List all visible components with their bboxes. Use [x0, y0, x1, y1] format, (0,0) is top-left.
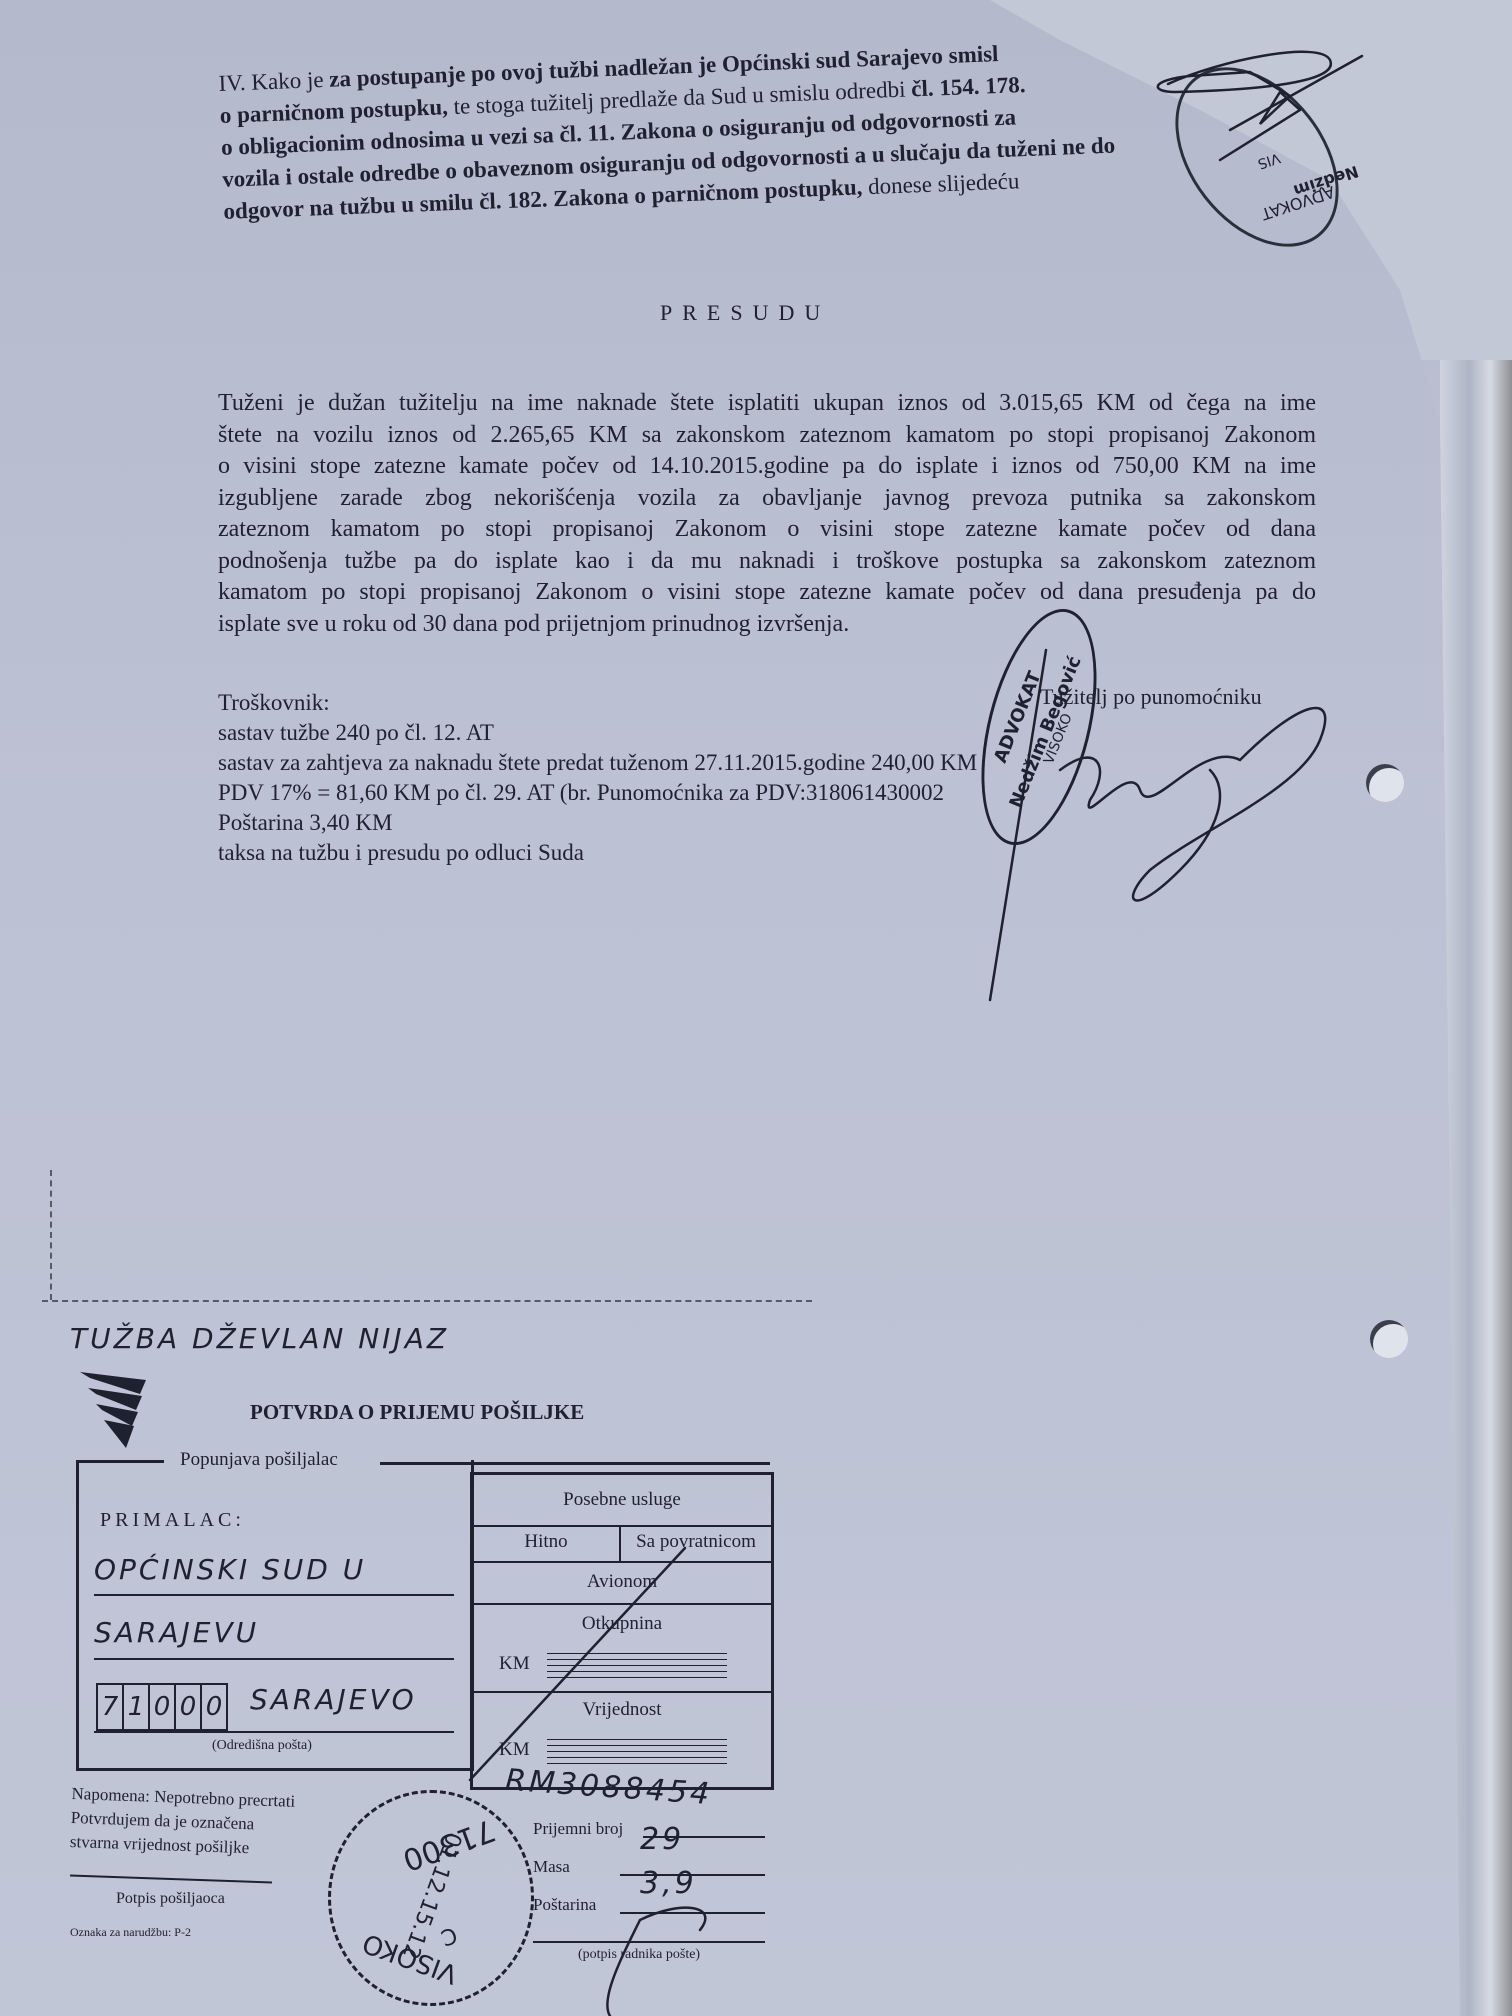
receipt-title: POTVRDA O PRIJEMU POŠILJKE — [250, 1400, 584, 1425]
verdict-line: kamatom po stopi propisanoj Zakonom o vi… — [218, 577, 1316, 609]
punch-hole — [1366, 764, 1404, 802]
verdict-line: o visini stope zatezne kamate počev od 1… — [218, 451, 1316, 483]
urgent-option: Hitno — [473, 1531, 619, 1553]
destination-post-label: (Odredišna pošta) — [212, 1738, 312, 1754]
postal-code-digit: 0 — [176, 1685, 202, 1729]
write-line — [94, 1594, 454, 1596]
mass-label: Masa — [533, 1848, 623, 1886]
punch-hole — [1370, 1320, 1408, 1358]
handwritten-mass: 29 — [640, 1822, 684, 1857]
postal-code-digit: 7 — [98, 1685, 124, 1729]
sender-signature-label: Potpis pošiljaoca — [116, 1890, 225, 1908]
value-label: Vrijednost — [473, 1699, 771, 1721]
air-option: Avionom — [473, 1571, 771, 1593]
sender-signature-line — [70, 1874, 272, 1883]
return-receipt-option: Sa povratnicom — [621, 1531, 771, 1553]
verdict-line: Tuženi je dužan tužitelju na ime naknade… — [218, 388, 1316, 420]
cost-line: PDV 17% = 81,60 KM po čl. 29. AT (br. Pu… — [218, 778, 977, 808]
write-line — [94, 1731, 454, 1733]
cost-line: Troškovnik: — [218, 688, 977, 718]
special-services-box: Posebne usluge Hitno Sa povratnicom Avio… — [470, 1472, 774, 1790]
receipt-number-label: Prijemni broj — [533, 1810, 623, 1848]
recipient-label: PRIMALAC: — [100, 1509, 245, 1532]
cost-line: sastav tužbe 240 po čl. 12. AT — [218, 718, 977, 748]
worker-signature-label: (potpis radnika pošte) — [578, 1947, 700, 1963]
cod-currency: KM — [499, 1653, 530, 1675]
recipient-city: SARAJEVO — [250, 1683, 417, 1716]
order-mark: Oznaka za narudžbu: P-2 — [70, 1925, 191, 1940]
postal-code-boxes: 71000 — [96, 1683, 228, 1731]
recipient-line-1: OPĆINSKI SUD U — [94, 1553, 366, 1586]
cost-line: sastav za zahtjeva za naknadu štete pred… — [218, 748, 977, 778]
postage-line — [620, 1912, 765, 1914]
verdict-line: štete na vozilu iznos od 2.265,65 KM sa … — [218, 420, 1316, 452]
postmark-stamp: 71300 01.12.15.12 C VISOKO — [328, 1790, 534, 2006]
verdict-line: isplate sve u roku od 30 dana pod prijet… — [218, 609, 1316, 641]
recipient-line-2: SARAJEVU — [94, 1616, 259, 1649]
post-fields: Prijemni broj Masa Poštarina — [533, 1810, 623, 1924]
cod-amount-lines — [547, 1653, 727, 1683]
cost-list: Troškovnik:sastav tužbe 240 po čl. 12. A… — [218, 688, 977, 868]
postal-code-digit: 1 — [124, 1685, 150, 1729]
section-iv-paragraph: IV. Kako je za postupanje po ovoj tužbi … — [218, 34, 1117, 228]
value-amount-lines — [547, 1739, 727, 1769]
handwritten-postage: 3,9 — [640, 1866, 697, 1901]
note-text: Napomena: Nepotrebno precrtatiPotvrdujem… — [69, 1782, 295, 1862]
verdict-line: podnošenja tužbe pa do isplate kao i da … — [218, 546, 1316, 578]
post-logo-icon — [80, 1368, 150, 1448]
verdict-title: PRESUDU — [660, 300, 830, 326]
verdict-paragraph: Tuženi je dužan tužitelju na ime naknade… — [218, 388, 1316, 640]
postal-code-digit: 0 — [202, 1685, 226, 1729]
postal-code-digit: 0 — [150, 1685, 176, 1729]
cost-line: taksa na tužbu i presudu po odluci Suda — [218, 838, 977, 868]
postage-label: Poštarina — [533, 1886, 623, 1924]
cut-mark — [50, 1170, 52, 1300]
cost-line: Poštarina 3,40 KM — [218, 808, 977, 838]
cod-label: Otkupnina — [473, 1613, 771, 1635]
verdict-line: izgubljene zarade zbog nekorišćenja vozi… — [218, 483, 1316, 515]
document-page: IV. Kako je za postupanje po ovoj tužbi … — [0, 0, 1470, 2016]
verdict-line: zateznom kamatom po stopi propisanoj Zak… — [218, 514, 1316, 546]
tear-line — [42, 1300, 812, 1302]
handwritten-title: TUŽBA DŽEVLAN NIJAZ — [70, 1322, 449, 1355]
write-line — [94, 1658, 454, 1660]
special-services-label: Posebne usluge — [473, 1489, 771, 1511]
value-currency: KM — [499, 1739, 530, 1761]
worker-signature-line — [533, 1941, 765, 1943]
